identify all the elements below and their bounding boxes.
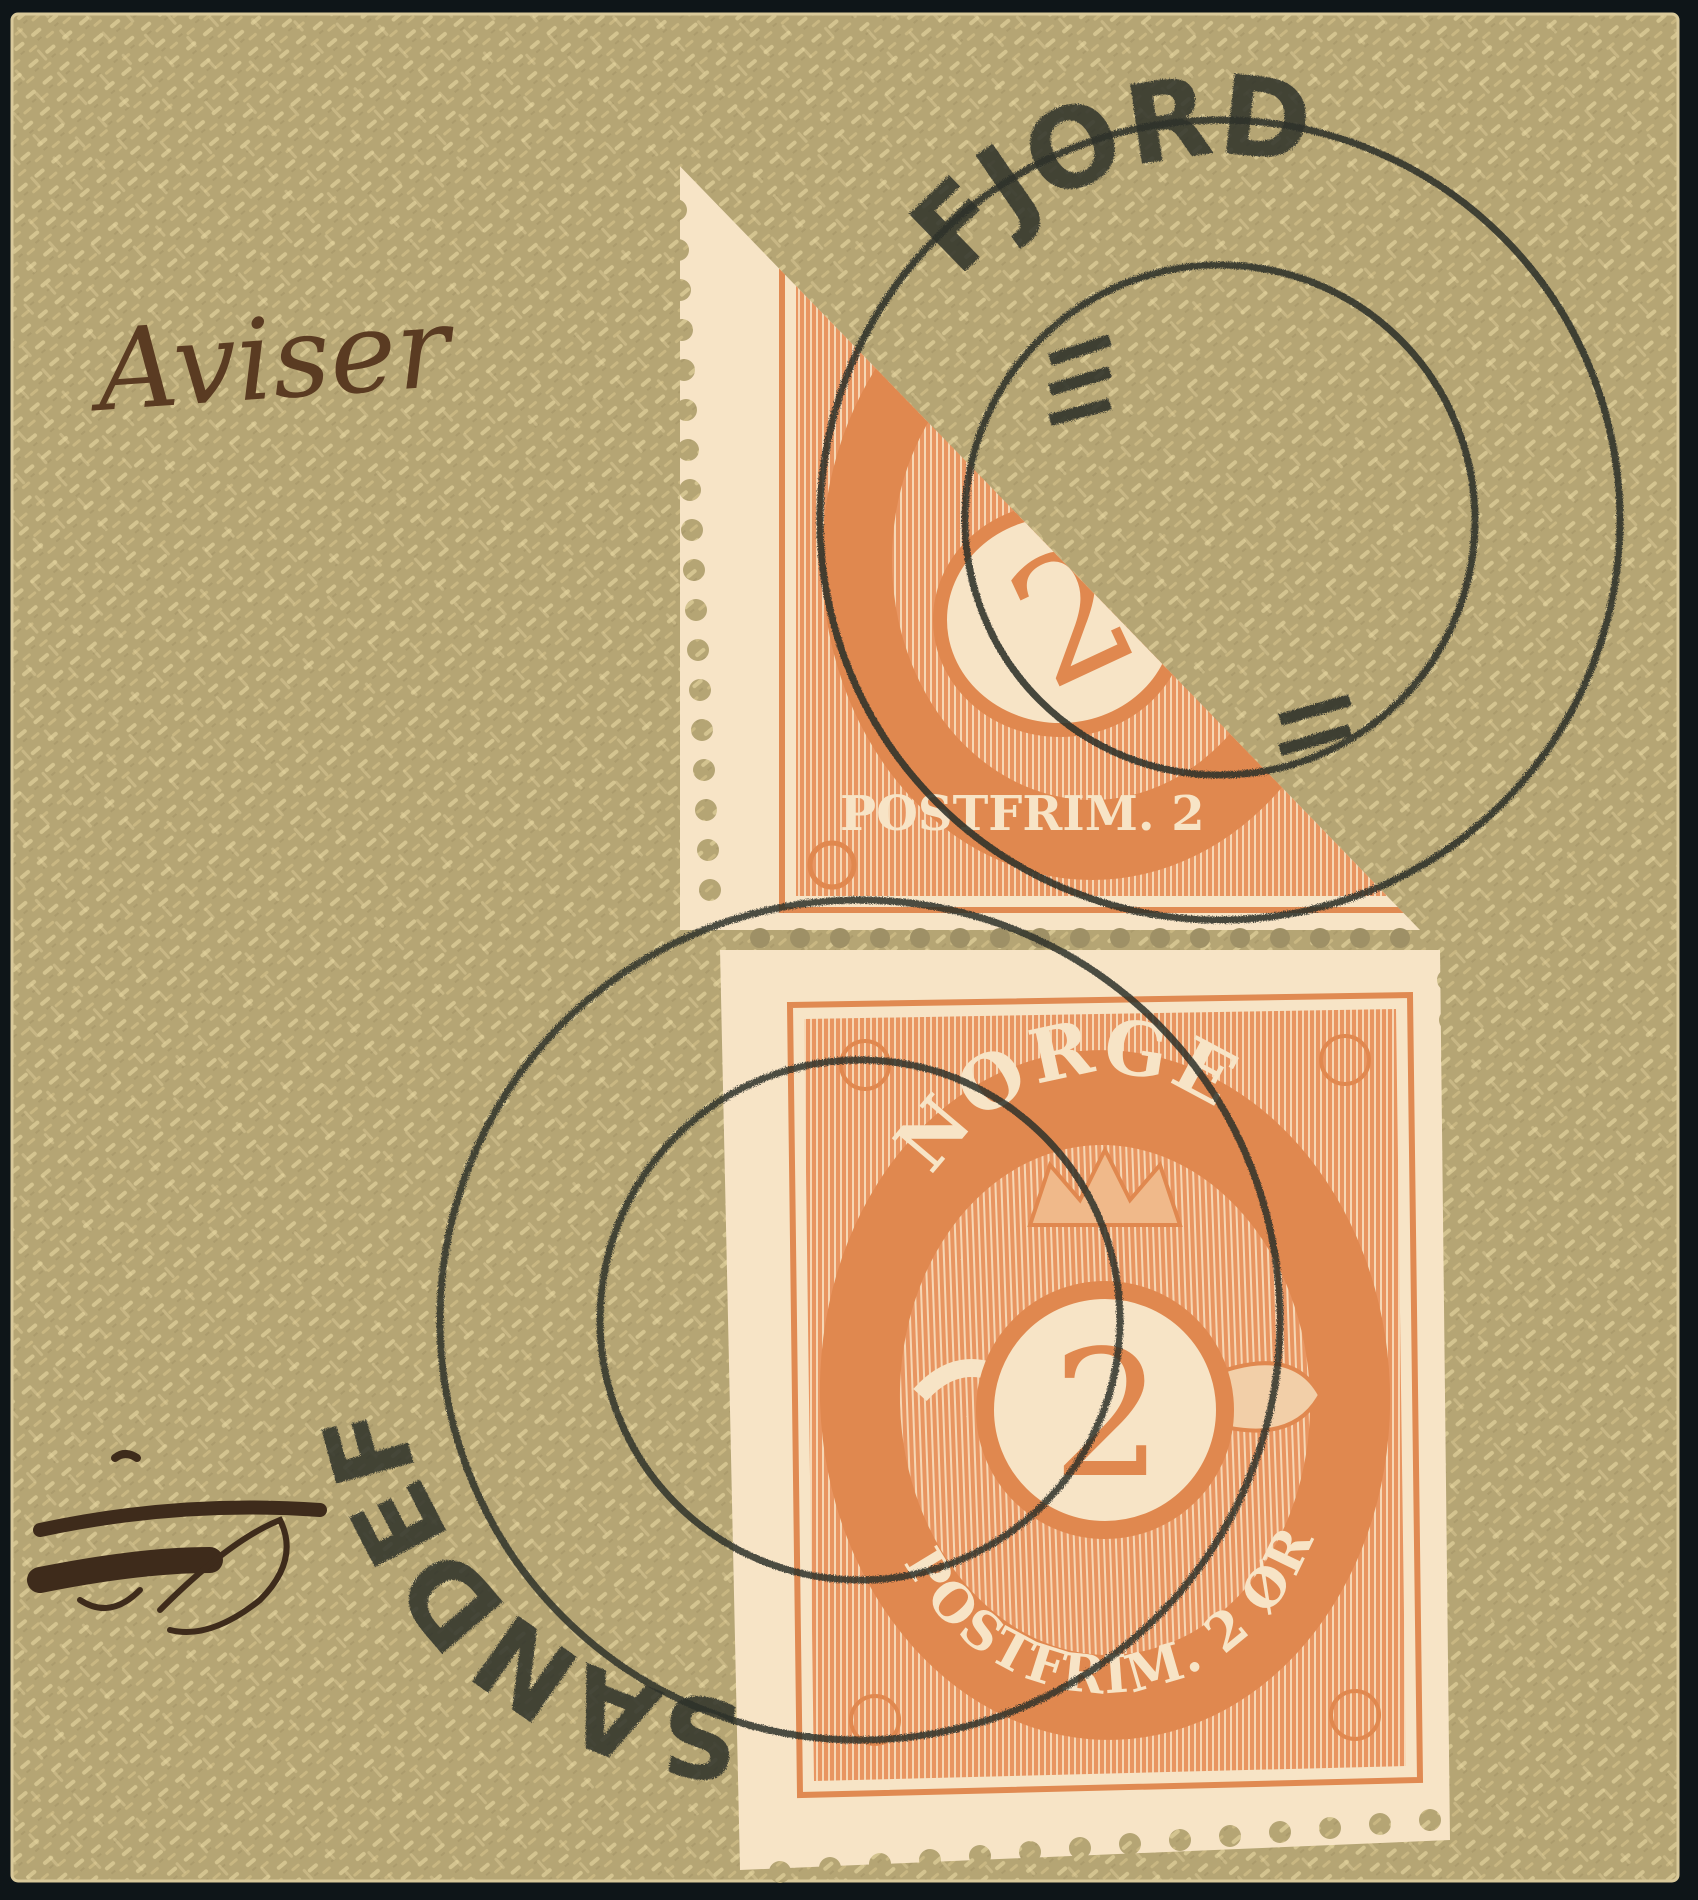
manuscript-aviser: Aviser xyxy=(84,282,460,437)
bisect-inscription: POSTFRIM. 2 xyxy=(840,786,1205,842)
stamp-piece-scene: 2 POSTFRIM. 2 xyxy=(0,0,1698,1900)
full-numeral: 2 xyxy=(1052,1314,1163,1517)
